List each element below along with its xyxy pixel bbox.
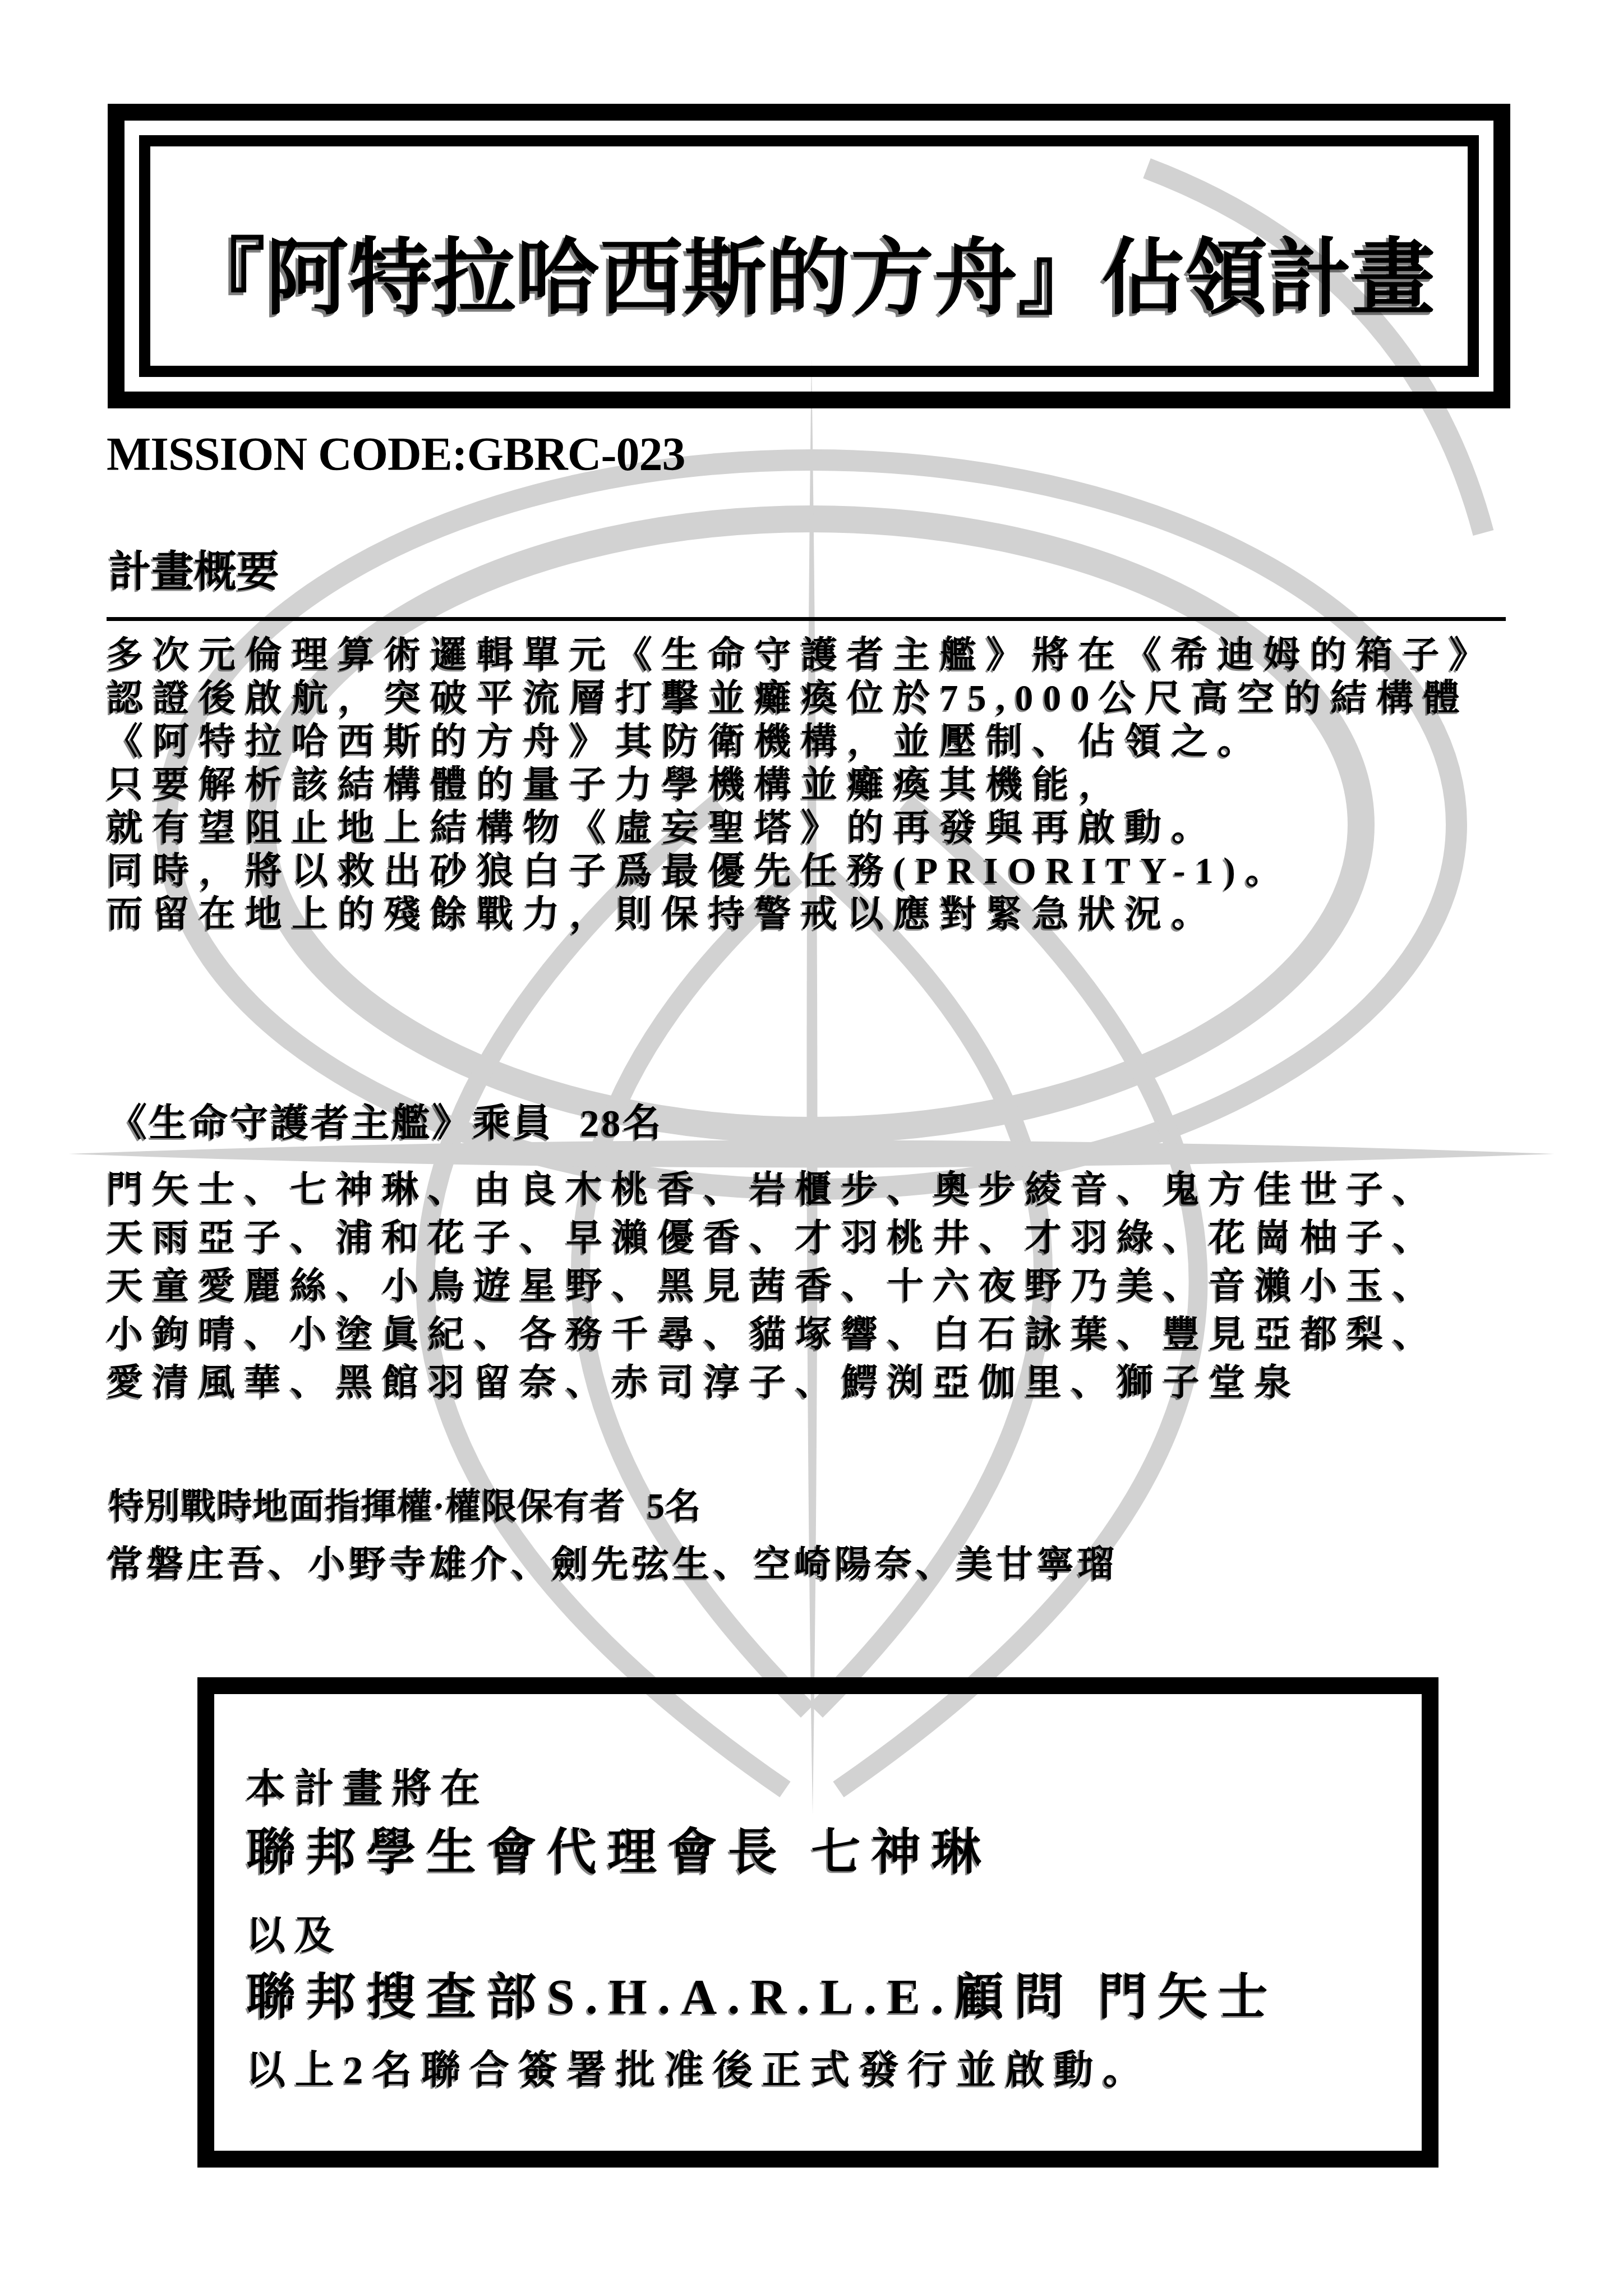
paragraph-line: 同時，將以救出砂狼白子爲最優先任務(PRIORITY-1)。 (107, 850, 1496, 893)
document-content: 『阿特拉哈西斯的方舟』佔領計畫 MISSION CODE:GBRC-023 計畫… (0, 0, 1623, 2296)
document-title: 『阿特拉哈西斯的方舟』佔領計畫 (182, 211, 1436, 330)
approval-box: 本計畫將在聯邦學生會代理會長 七神琳以及聯邦搜查部S.H.A.R.L.E.顧問 … (197, 1677, 1438, 2168)
ground-command-heading-label: 特別戰時地面指揮權·權限保有者 (109, 1487, 626, 1526)
approval-line: 以及 (246, 1908, 344, 1964)
document-page: 『阿特拉哈西斯的方舟』佔領計畫 MISSION CODE:GBRC-023 計畫… (0, 0, 1623, 2296)
title-box-inner-frame: 『阿特拉哈西斯的方舟』佔領計畫 (139, 135, 1479, 377)
approval-line: 本計畫將在 (246, 1761, 490, 1818)
paragraph-line: 只要解析該結構體的量子力學機構並癱瘓其機能， (107, 763, 1496, 807)
ground-command-list: 常磐庄吾、小野寺雄介、劍先弦生、空崎陽奈、美甘寧瑠 (107, 1540, 1118, 1589)
paragraph-line: 《阿特拉哈西斯的方舟》其防衛機構，並壓制、佔領之。 (107, 720, 1496, 763)
crew-heading-label: 《生命守護者主艦》乘員 (109, 1102, 554, 1144)
ground-command-count: 5名 (647, 1487, 702, 1526)
title-box: 『阿特拉哈西斯的方舟』佔領計畫 (108, 104, 1510, 408)
approval-line: 聯邦搜查部S.H.A.R.L.E.顧問 門矢士 (246, 1967, 1279, 2028)
crew-count: 28名 (580, 1102, 663, 1144)
crew-list-line: 天童愛麗絲、小鳥遊星野、黑見茜香、十六夜野乃美、音瀨小玉、 (107, 1262, 1438, 1310)
ground-command-heading: 特別戰時地面指揮權·權限保有者5名 (109, 1478, 702, 1529)
paragraph-line: 多次元倫理算術邏輯單元《生命守護者主艦》將在《希迪姆的箱子》 (107, 634, 1496, 677)
approval-line: 以上2名聯合簽署批准後正式發行並啟動。 (246, 2043, 1151, 2099)
mission-code: MISSION CODE:GBRC-023 (107, 427, 685, 482)
crew-heading: 《生命守護者主艦》乘員28名 (109, 1093, 663, 1147)
paragraph-line: 認證後啟航，突破平流層打擊並癱瘓位於75,000公尺高空的結構體 (107, 677, 1496, 720)
crew-list-line: 愛清風華、黑館羽留奈、赤司淳子、鰐渕亞伽里、獅子堂泉 (107, 1359, 1438, 1407)
overview-paragraph: 多次元倫理算術邏輯單元《生命守護者主艦》將在《希迪姆的箱子》認證後啟航，突破平流… (107, 634, 1496, 936)
overview-heading: 計畫概要 (109, 537, 279, 599)
crew-list-line: 天雨亞子、浦和花子、早瀨優香、才羽桃井、才羽綠、花崗柚子、 (107, 1214, 1438, 1262)
crew-list-line: 小鉤晴、小塗眞紀、各務千尋、貓塚響、白石詠葉、豐見亞都梨、 (107, 1310, 1438, 1359)
approval-line: 聯邦學生會代理會長 七神琳 (246, 1822, 992, 1884)
crew-list-line: 門矢士、七神琳、由良木桃香、岩櫃步、奧步綾音、鬼方佳世子、 (107, 1166, 1438, 1214)
paragraph-line: 就有望阻止地上結構物《虛妄聖塔》的再發與再啟動。 (107, 807, 1496, 850)
section-divider (107, 617, 1506, 621)
paragraph-line: 而留在地上的殘餘戰力，則保持警戒以應對緊急狀況。 (107, 893, 1496, 936)
ground-command-line: 常磐庄吾、小野寺雄介、劍先弦生、空崎陽奈、美甘寧瑠 (107, 1540, 1118, 1589)
crew-list: 門矢士、七神琳、由良木桃香、岩櫃步、奧步綾音、鬼方佳世子、天雨亞子、浦和花子、早… (107, 1166, 1438, 1407)
